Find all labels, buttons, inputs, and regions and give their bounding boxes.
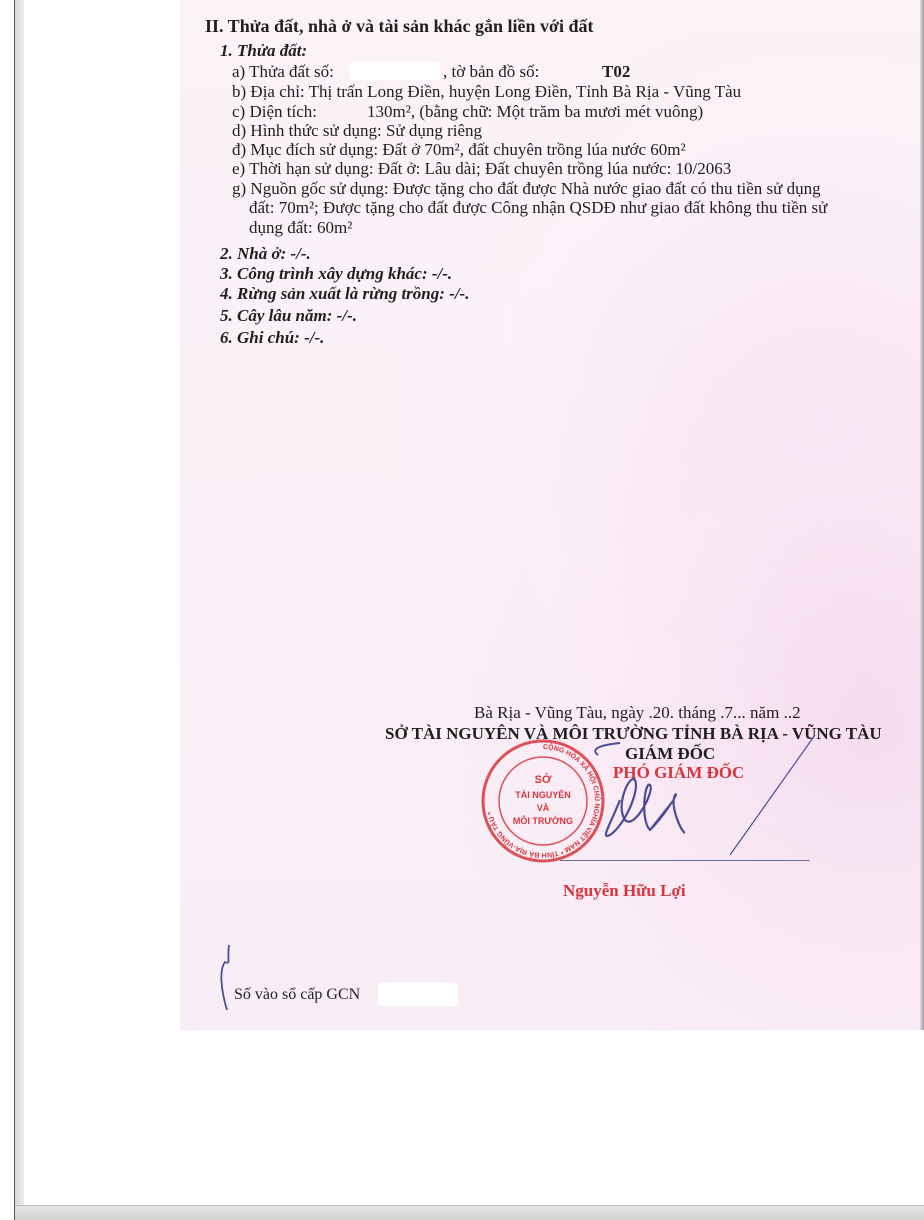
stamp-line-1: SỞ (535, 773, 552, 786)
viewer-frame-bottom (15, 1205, 924, 1220)
land-origin-line-2: đất: 70m²; Được tặng cho đất được Công n… (249, 199, 827, 216)
land-address: b) Địa chỉ: Thị trấn Long Điền, huyện Lo… (232, 83, 741, 100)
land-area-label: c) Diện tích: (232, 103, 317, 120)
land-area-value: 130m², (bằng chữ: Một trăm ba mươi mét v… (367, 103, 703, 120)
item-house: 2. Nhà ở: -/-. (220, 245, 311, 262)
item-production-forest: 4. Rừng sản xuất là rừng trồng: -/-. (220, 285, 469, 302)
land-usage-term: e) Thời hạn sử dụng: Đất ở: Lâu dài; Đất… (232, 160, 731, 177)
land-origin-line-3: dụng đất: 60m² (249, 219, 352, 236)
land-usage-purpose: đ) Mục đích sử dụng: Đất ở 70m², đất chu… (232, 141, 686, 158)
pen-mark-icon (215, 940, 245, 1020)
item-other-construction: 3. Công trình xây dựng khác: -/-. (220, 265, 452, 282)
redacted-parcel-number (350, 62, 440, 80)
stamp-line-2: TÀI NGUYÊN (515, 789, 571, 800)
section-title: II. Thửa đất, nhà ở và tài sản khác gắn … (205, 17, 594, 35)
viewer-frame-shade (15, 0, 24, 1220)
land-parcel-number-label: a) Thửa đất số: (232, 63, 334, 80)
stamp-line-4: MÔI TRƯỜNG (513, 815, 573, 826)
map-sheet-label: , tờ bản đồ số: (443, 63, 539, 80)
stamp-line-3: VÀ (537, 803, 550, 813)
item-notes: 6. Ghi chú: -/-. (220, 329, 324, 346)
redacted-registry-number (378, 982, 458, 1006)
land-origin-line-1: g) Nguồn gốc sử dụng: Được tặng cho đất … (232, 180, 821, 197)
item-perennial-trees: 5. Cây lâu năm: -/-. (220, 307, 357, 324)
page-edge (920, 0, 924, 1030)
signer-name: Nguyễn Hữu Lợi (563, 882, 686, 899)
handwritten-signature-icon (580, 735, 820, 865)
place-and-date: Bà Rịa - Vũng Tàu, ngày .20. tháng .7...… (474, 704, 801, 721)
registry-label: Số vào sổ cấp GCN (234, 987, 360, 1003)
signature-underline (560, 860, 810, 861)
land-usage-form: d) Hình thức sử dụng: Sử dụng riêng (232, 122, 482, 139)
land-heading: 1. Thửa đất: (220, 42, 307, 59)
map-sheet-value: T02 (602, 63, 630, 80)
